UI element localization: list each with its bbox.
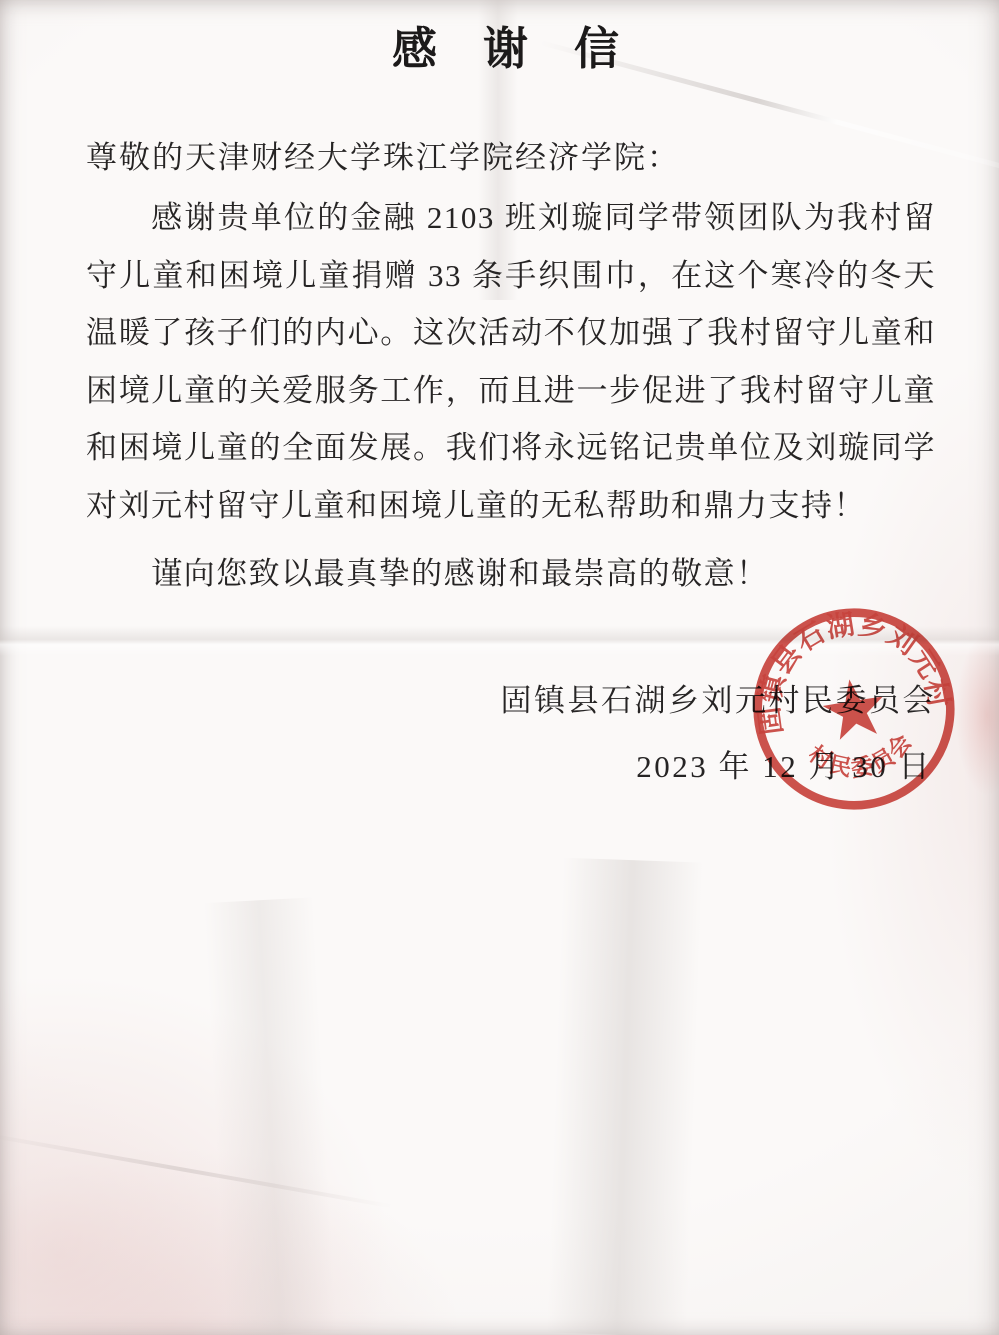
page-title: 感谢信	[0, 12, 999, 77]
body-paragraph-1: 感谢贵单位的金融 2103 班刘璇同学带领团队为我村留守儿童和困境儿童捐赠 33…	[86, 189, 936, 534]
svg-text:村民委员会: 村民委员会	[801, 725, 922, 789]
paper-crease	[0, 1130, 394, 1209]
seal-bottom-text: 村民委员会	[801, 725, 922, 789]
body-paragraph-2: 谨向您致以最真挚的感谢和最崇高的敬意！	[86, 545, 936, 603]
star-icon	[819, 675, 888, 742]
official-seal: 固镇县石湖乡刘元村 村民委员会	[732, 587, 977, 832]
paper-crease	[547, 858, 703, 1335]
paper-crease	[204, 897, 337, 1335]
letter-page: 感谢信 尊敬的天津财经大学珠江学院经济学院： 感谢贵单位的金融 2103 班刘璇…	[0, 0, 999, 1335]
salutation: 尊敬的天津财经大学珠江学院经济学院：	[86, 132, 680, 177]
